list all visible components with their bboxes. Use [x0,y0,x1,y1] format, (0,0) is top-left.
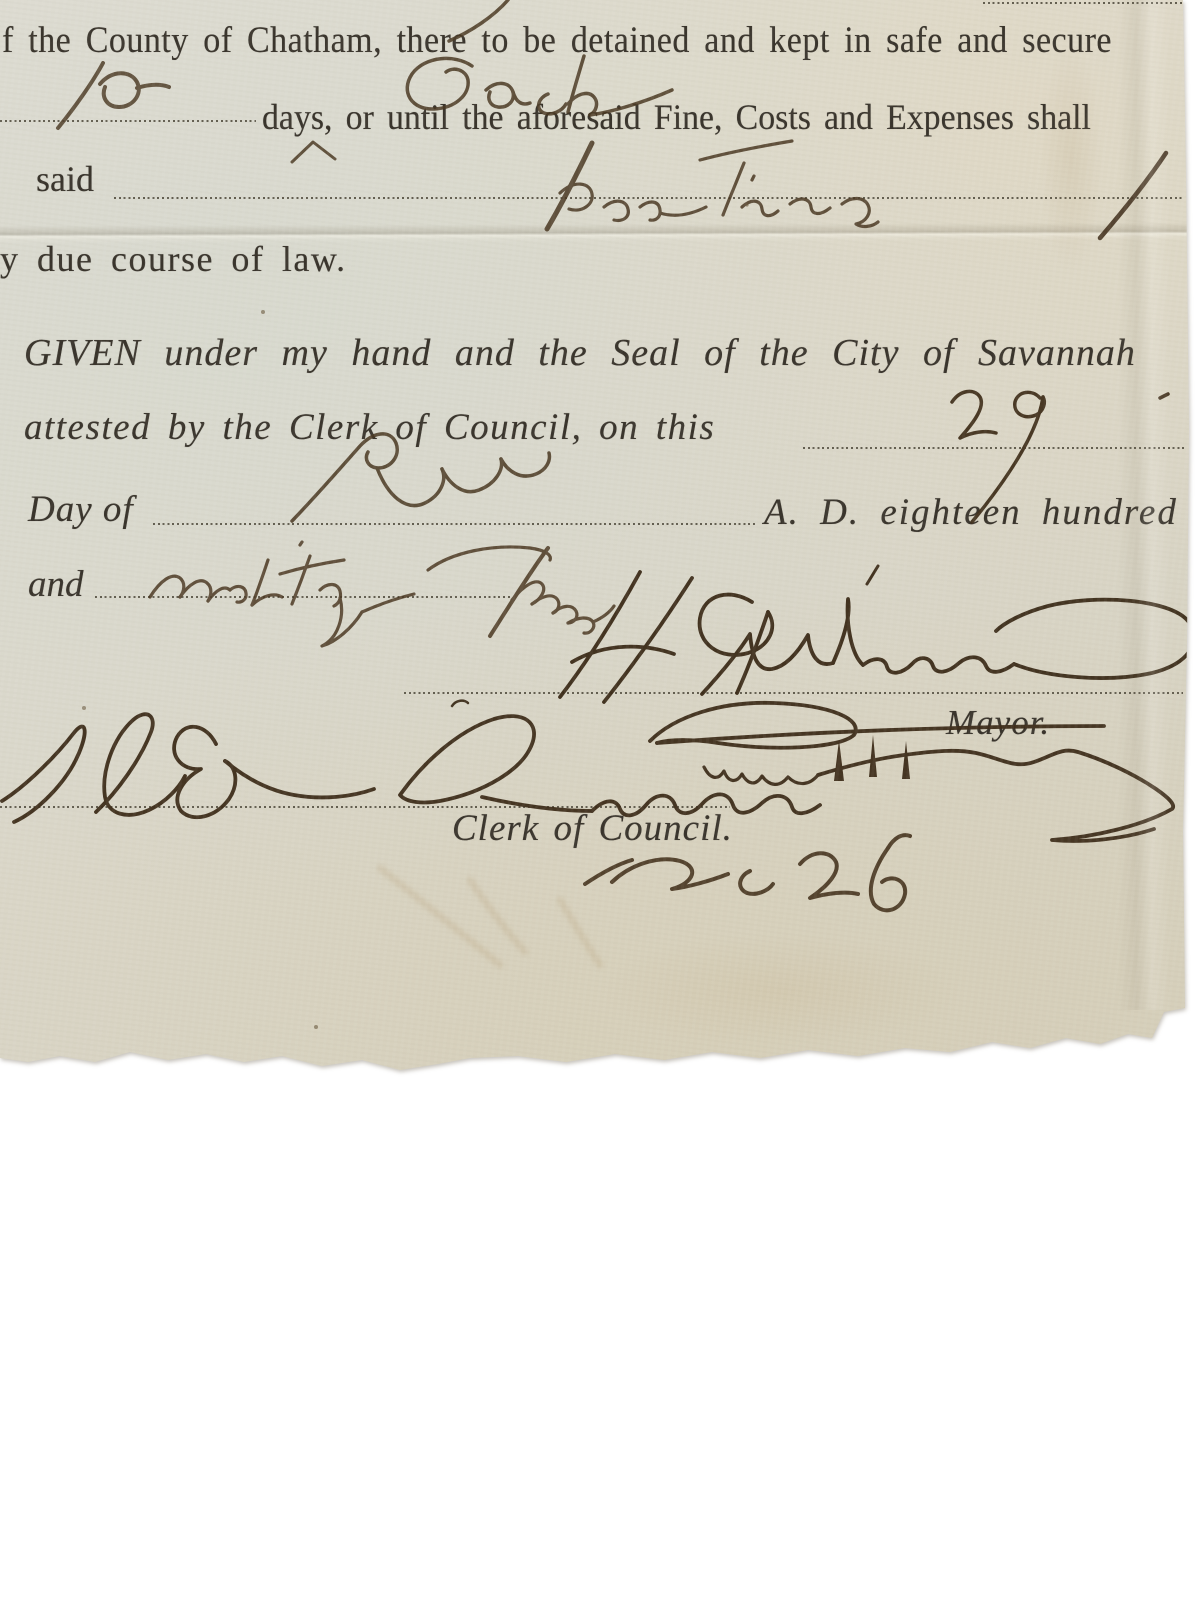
handwriting-parties [547,141,878,229]
paper-stain-top-right [1028,35,1114,345]
photo-canvas: f the County of Chatham, there to be det… [0,0,1200,1600]
blank-line-said [114,196,1184,199]
printed-line-county: f the County of Chatham, there to be det… [2,22,1112,61]
printed-line-day-of: Day of [28,491,134,530]
vertical-crease [1118,0,1170,1010]
blank-line-year [95,595,510,598]
handwriting-caret [292,142,335,162]
paper-shadow-wrap: f the County of Chatham, there to be det… [0,0,1189,1075]
blank-line-month [153,522,758,525]
paper-texture [0,0,1189,1075]
signature-line-mayor [404,691,1183,694]
blank-line-days [0,119,256,122]
printed-line-ad: A. D. eighteen hundred [764,494,1178,533]
handwriting-mayor-signature [452,566,1189,706]
document-paper: f the County of Chatham, there to be det… [0,0,1189,1075]
printed-label-clerk: Clerk of Council. [452,810,733,849]
printed-line-given: GIVEN under my hand and the Seal of the … [24,334,1136,374]
printed-word-said: said [36,161,94,199]
handwriting-layer [0,0,1189,1075]
paper-stain-bottom [540,915,1020,1065]
handwriting-year-words [150,542,614,646]
printed-line-attested: attested by the Clerk of Council, on thi… [24,409,715,448]
printed-word-and: and [28,566,84,605]
paper-specks [82,203,749,1029]
printed-line-days: days, or until the aforesaid Fine, Costs… [262,99,1091,137]
printed-line-law: y due course of law. [0,241,347,279]
printed-label-mayor: Mayor. [946,705,1050,742]
